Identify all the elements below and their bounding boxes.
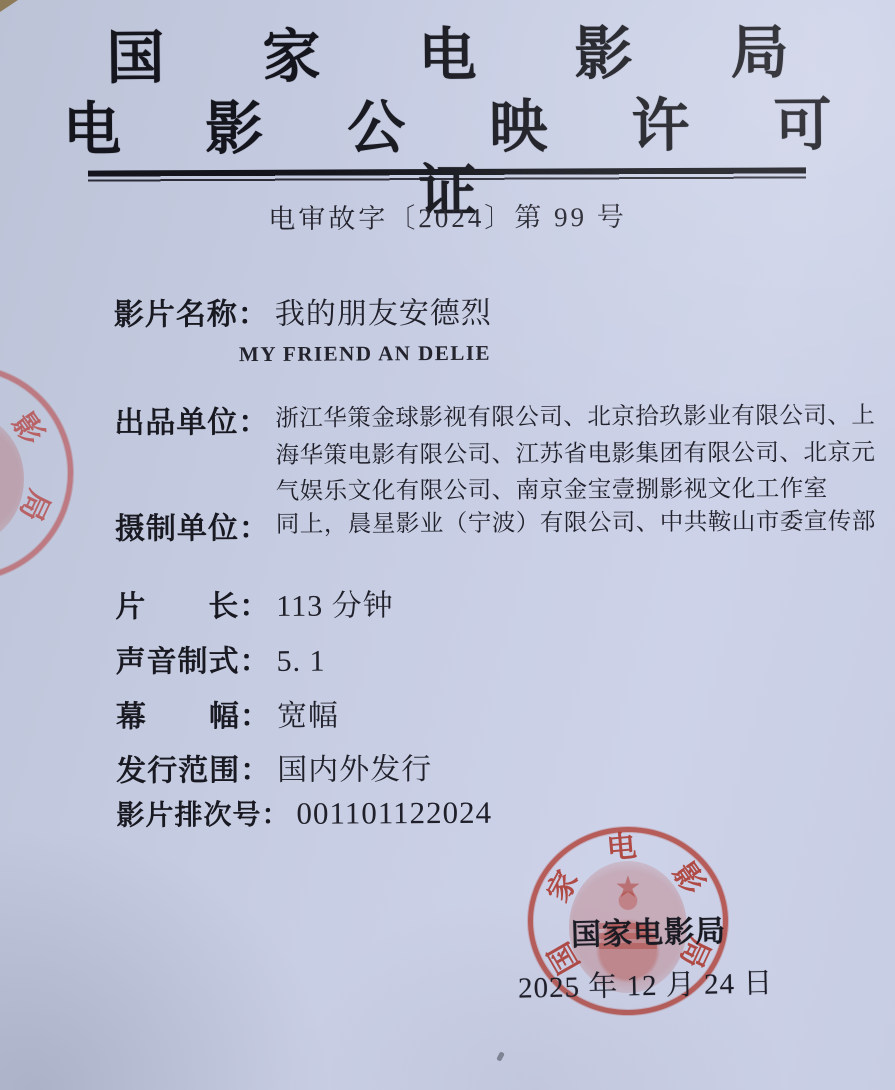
film-length-value: 113 分钟 [276,589,394,623]
serial-number-value: 001101122024 [296,795,492,831]
sound-format-label: 声音制式： [116,645,271,679]
distribution-row: 发行范围：国内外发行 [116,744,432,790]
producer-row: 出品单位：浙江华策金球影视有限公司、北京拾玖影业有限公司、上海华策电影有限公司、… [114,394,892,512]
issue-date: 2025 年 12 月 24 日 [518,960,774,1006]
producer-value: 浙江华策金球影视有限公司、北京拾玖影业有限公司、上海华策电影有限公司、江苏省电影… [275,398,892,511]
serial-number-row: 影片排次号：001101122024 [116,792,492,834]
production-value: 同上，晨星影业（宁波）有限公司、中共鞍山市委宣传部 [276,504,892,544]
seal-agency-name: 国家电影局 [570,906,726,954]
english-title: MY FRIEND AN DELIE [239,341,491,367]
film-title-row: 影片名称：我的朋友安德烈 [114,288,492,334]
screen-format-value: 宽幅 [277,700,339,733]
screen-format-label: 幕 幅： [116,700,271,734]
film-length-label: 片 长： [115,590,270,624]
permit-fields: 影片名称：我的朋友安德烈 MY FRIEND AN DELIE 出品单位：浙江华… [0,0,895,1090]
film-permit-document: 国 家 电 影 局 电 影 公 映 许 可 证 电审故字〔2024〕第 99 号… [0,0,895,1090]
screen-format-row: 幕 幅：宽幅 [116,691,339,736]
production-label: 摄制单位： [115,512,270,546]
film-length-row: 片 长：113 分钟 [115,580,394,625]
film-title-label: 影片名称： [114,298,269,332]
serial-number-label: 影片排次号： [116,799,290,831]
sound-format-value: 5. 1 [277,645,326,678]
sound-format-row: 声音制式：5. 1 [115,636,325,681]
distribution-label: 发行范围： [116,754,271,788]
producer-label: 出品单位： [114,406,269,440]
production-row: 摄制单位：同上，晨星影业（宁波）有限公司、中共鞍山市委宣传部 [115,500,892,548]
film-title-value: 我的朋友安德烈 [275,297,492,331]
distribution-value: 国内外发行 [277,753,432,787]
